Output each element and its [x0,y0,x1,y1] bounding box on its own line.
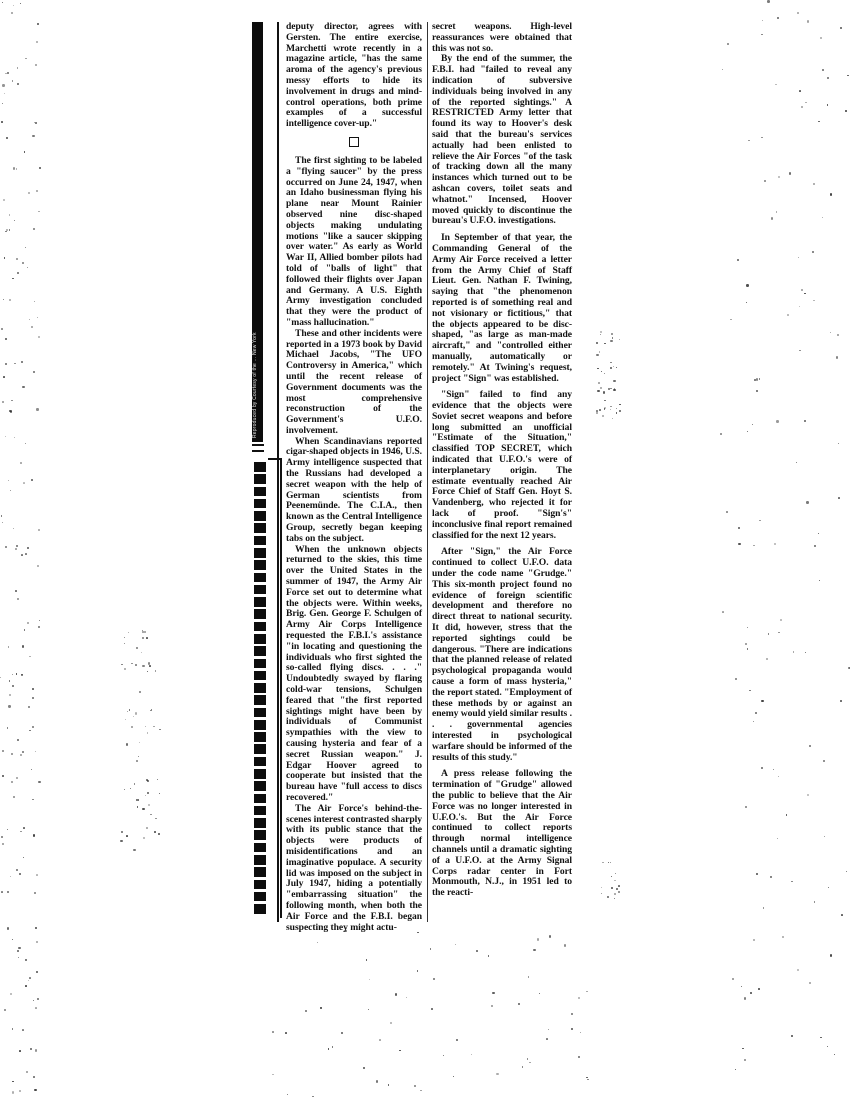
noise-speck [24,629,25,630]
noise-speck [5,338,7,340]
noise-speck [344,930,346,932]
noise-speck [488,955,489,956]
noise-speck [764,180,766,182]
noise-speck [18,947,20,949]
noise-speck [837,334,839,336]
noise-speck [12,80,13,81]
noise-speck [732,978,734,980]
noise-speck [840,27,842,29]
sprocket-block [254,511,266,521]
sprocket-block [254,573,266,583]
noise-speck [814,545,815,546]
noise-speck [17,83,19,85]
noise-speck [726,511,728,513]
noise-speck [146,637,148,639]
sprocket-block [254,708,266,718]
noise-speck [2,775,4,777]
noise-speck [830,193,832,195]
noise-speck [2,2,3,3]
noise-speck [807,794,809,796]
noise-speck [522,1066,524,1068]
paragraph: In September of that year, the Commandin… [432,233,572,384]
noise-speck [22,386,24,388]
noise-speck [611,887,613,889]
noise-speck [610,388,612,390]
noise-speck [813,183,815,185]
noise-speck [755,712,757,714]
noise-speck [17,950,19,952]
noise-speck [578,997,580,999]
noise-speck [32,726,34,728]
noise-speck [599,351,600,352]
noise-speck [15,548,17,550]
sprocket-block [254,536,266,546]
noise-speck [32,135,34,137]
noise-speck [12,939,13,940]
noise-speck [11,781,13,783]
noise-speck [430,948,432,950]
sprocket-block [254,523,266,533]
noise-speck [610,409,611,410]
noise-speck [131,726,133,728]
noise-speck [453,1076,454,1077]
noise-speck [37,317,38,318]
noise-speck [17,67,19,69]
noise-speck [756,390,758,392]
noise-speck [834,1054,835,1055]
noise-speck [720,433,722,435]
noise-speck [159,793,161,795]
side-strip-caption: Reproduced by Courtesy of the ... New Yo… [252,318,263,438]
noise-speck [26,1071,28,1073]
noise-speck [39,620,40,621]
noise-speck [8,646,10,648]
noise-speck [127,711,128,712]
noise-speck [603,391,605,393]
noise-speck [124,643,125,644]
noise-speck [120,840,122,842]
noise-speck [827,104,829,106]
noise-speck [776,211,778,213]
noise-speck [320,1007,321,1008]
noise-speck [155,818,157,820]
noise-speck [753,721,754,722]
noise-speck [836,356,838,358]
noise-speck [819,580,820,581]
sprocket-block [254,720,266,730]
noise-speck [134,783,135,784]
noise-speck [7,727,9,729]
noise-speck [12,674,13,675]
noise-speck [20,462,22,464]
noise-speck [776,420,778,422]
noise-speck [12,685,14,687]
noise-speck [741,986,743,988]
noise-speck [37,565,39,567]
noise-speck [23,827,25,829]
noise-speck [4,257,6,259]
noise-speck [578,1056,580,1058]
paragraph: When the unknown objects returned to the… [286,545,422,804]
noise-speck [39,167,41,169]
noise-speck [812,251,814,253]
film-sprocket-blocks [254,462,268,916]
noise-speck [809,982,811,984]
noise-speck [138,756,139,757]
noise-speck [29,977,31,979]
noise-speck [16,777,18,779]
noise-speck [602,415,604,417]
noise-speck [756,873,758,875]
noise-speck [158,833,159,834]
noise-speck [13,167,15,169]
noise-speck [20,754,22,756]
noise-speck [13,528,14,529]
noise-speck [738,527,740,529]
noise-speck [759,378,760,379]
noise-speck [820,1037,821,1038]
noise-speck [433,978,435,980]
noise-speck [804,293,806,295]
sprocket-block [254,548,266,558]
noise-speck [35,1007,37,1009]
sprocket-block [254,769,266,779]
noise-speck [597,368,598,369]
noise-speck [5,73,7,75]
noise-speck [135,664,137,666]
noise-speck [747,648,748,649]
noise-speck [827,77,829,79]
noise-speck [761,767,763,769]
noise-speck [17,598,19,600]
noise-speck [141,652,142,653]
noise-speck [778,176,780,178]
noise-speck [32,697,34,699]
sprocket-block [254,892,266,902]
article-column-1: deputy director, agrees with Gersten. Th… [286,22,422,933]
noise-speck [142,665,144,667]
noise-speck [4,93,5,94]
noise-speck [830,954,832,956]
noise-speck [804,420,806,422]
noise-speck [9,299,11,301]
frame-right-edge [280,458,282,918]
noise-speck [616,367,617,368]
noise-speck [801,289,803,291]
paragraph: deputy director, agrees with Gersten. Th… [286,22,422,130]
noise-speck [287,1094,288,1095]
noise-speck [840,700,842,702]
noise-speck [34,892,35,893]
noise-speck [5,436,6,437]
paragraph: When Scandinavians reported cigar-shaped… [286,437,422,545]
noise-speck [38,211,40,213]
noise-speck [27,622,29,624]
noise-speck [838,443,839,444]
column-rule-middle [427,22,428,922]
noise-speck [600,387,601,388]
noise-speck [2,103,3,104]
noise-speck [25,553,27,555]
noise-speck [328,1048,330,1050]
noise-speck [38,336,40,338]
noise-speck [614,893,616,895]
noise-speck [471,1054,472,1055]
noise-speck [155,670,157,672]
noise-speck [21,554,23,556]
noise-speck [745,643,747,645]
noise-speck [614,898,615,899]
noise-speck [748,140,749,141]
noise-speck [14,437,16,439]
noise-speck [124,668,126,670]
noise-speck [1,121,3,123]
sprocket-block [254,474,266,484]
noise-speck [845,110,846,111]
noise-speck [33,1000,34,1001]
noise-speck [1,836,3,838]
noise-speck [6,229,8,231]
noise-speck [9,694,11,696]
noise-speck [332,1046,334,1048]
noise-speck [3,376,5,378]
noise-speck [22,262,24,264]
noise-speck [496,1073,498,1075]
noise-speck [805,652,806,653]
noise-speck [420,1090,421,1091]
article-column-2: secret weapons. High-level reassurances … [432,22,572,899]
noise-speck [22,645,24,647]
noise-speck [28,192,30,194]
noise-speck [8,480,9,481]
noise-speck [797,12,799,14]
noise-speck [36,874,38,876]
noise-speck [596,354,598,356]
noise-speck [820,37,822,39]
noise-speck [758,988,760,990]
noise-speck [27,547,29,549]
noise-speck [807,20,809,22]
paragraph: The first sighting to be labeled a "flyi… [286,156,422,329]
noise-speck [16,168,17,169]
noise-speck [35,1049,37,1051]
noise-speck [601,893,602,894]
noise-speck [599,409,601,411]
noise-speck [564,944,566,946]
noise-speck [3,299,4,300]
noise-speck [745,806,747,808]
noise-speck [20,831,22,833]
noise-speck [823,760,825,762]
noise-speck [38,626,40,628]
noise-speck [616,412,618,414]
noise-speck [12,1028,14,1030]
noise-speck [19,873,21,875]
noise-speck [799,306,800,307]
noise-speck [11,12,13,14]
noise-speck [147,671,148,672]
noise-speck [19,1050,21,1052]
noise-speck [600,331,602,333]
noise-speck [149,665,151,667]
noise-speck [587,1079,589,1081]
noise-speck [822,69,824,71]
noise-speck [619,339,620,340]
noise-speck [31,769,32,770]
noise-speck [33,834,35,836]
noise-speck [610,367,612,369]
noise-speck [6,137,8,139]
noise-speck [369,979,370,980]
sprocket-block [254,585,266,595]
noise-speck [25,443,26,444]
noise-speck [126,743,128,745]
noise-speck [25,247,26,248]
noise-speck [32,688,34,690]
noise-speck [518,1003,520,1005]
sprocket-block [254,634,266,644]
sprocket-block [254,732,266,742]
noise-speck [744,1059,746,1061]
noise-speck [148,662,150,664]
noise-speck [25,58,27,60]
noise-speck [20,3,21,4]
noise-speck [782,936,784,938]
noise-speck [126,835,128,837]
noise-speck [5,363,7,365]
scanned-newspaper-page: Reproduced by Courtesy of the ... New Yo… [0,0,850,1097]
noise-speck [17,272,19,274]
noise-speck [121,664,122,665]
noise-speck [799,350,801,352]
noise-speck [549,935,551,937]
noise-speck [841,914,843,916]
noise-speck [735,678,737,680]
noise-speck [148,804,150,806]
noise-speck [133,716,135,718]
noise-speck [16,258,18,260]
noise-speck [777,17,779,19]
noise-speck [602,862,604,864]
noise-speck [750,992,751,993]
noise-speck [791,1035,793,1037]
noise-speck [612,337,613,338]
noise-speck [744,997,746,999]
sprocket-block [254,597,266,607]
noise-speck [610,406,612,408]
noise-speck [761,137,763,139]
noise-speck [157,779,158,780]
noise-speck [146,827,148,829]
noise-speck [766,658,768,660]
sprocket-block [254,843,266,853]
noise-speck [28,706,30,708]
noise-speck [456,1039,458,1041]
noise-speck [571,1013,573,1015]
noise-speck [9,680,10,681]
noise-speck [36,408,38,410]
noise-speck [2,84,4,86]
noise-speck [368,1009,369,1010]
noise-speck [600,334,601,335]
noise-speck [142,808,144,810]
noise-speck [830,332,831,333]
noise-speck [417,970,419,972]
noise-speck [770,876,771,877]
noise-speck [1,328,3,330]
noise-speck [608,862,609,863]
noise-speck [586,991,588,993]
noise-speck [124,789,125,790]
noise-speck [730,319,731,320]
noise-speck [612,418,613,419]
noise-speck [139,691,141,693]
noise-speck [613,380,615,382]
noise-speck [29,656,31,658]
noise-speck [14,220,15,221]
sprocket-block [254,830,266,840]
noise-speck [619,410,621,412]
noise-speck [305,1010,307,1012]
noise-speck [33,228,35,230]
noise-speck [597,390,599,392]
noise-speck [12,1081,13,1082]
noise-speck [801,106,803,108]
noise-speck [2,750,4,752]
noise-speck [15,590,17,592]
noise-speck [390,1022,392,1024]
noise-speck [414,1085,416,1087]
noise-speck [618,891,620,893]
noise-speck [793,651,794,652]
noise-speck [29,730,31,732]
sprocket-block [254,794,266,804]
noise-speck [608,388,610,390]
sprocket-block [254,904,266,914]
noise-speck [778,632,779,633]
noise-speck [145,795,146,796]
noise-speck [417,932,419,934]
noise-speck [22,751,24,753]
noise-speck [36,41,38,43]
noise-speck [546,1038,548,1040]
noise-speck [272,1074,273,1075]
noise-speck [596,412,598,414]
noise-speck [747,627,749,629]
noise-speck [773,769,774,770]
sprocket-block [254,744,266,754]
noise-speck [12,1091,14,1093]
noise-speck [366,959,368,961]
noise-speck [38,781,40,783]
noise-speck [616,888,618,890]
noise-speck [11,753,13,755]
sprocket-block [254,671,266,681]
noise-speck [2,843,4,845]
noise-speck [395,993,397,995]
noise-speck [35,64,37,66]
sprocket-block [254,499,266,509]
noise-speck [615,873,616,874]
noise-speck [753,545,755,547]
noise-speck [746,284,748,286]
noise-speck [827,1046,828,1047]
sprocket-block [254,880,266,890]
noise-speck [1,891,3,893]
noise-speck [159,729,161,731]
noise-speck [137,806,139,808]
noise-speck [285,1032,287,1034]
